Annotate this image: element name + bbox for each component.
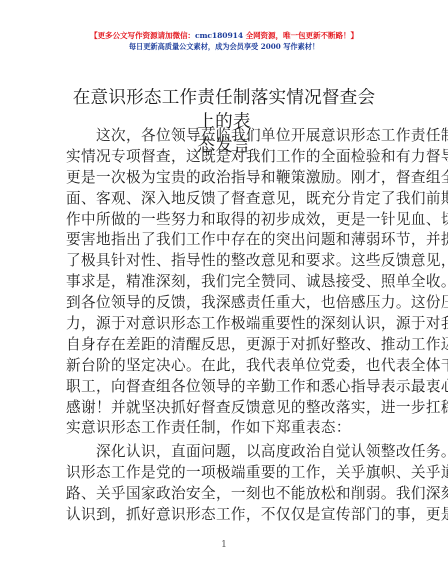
text-line: 认识到，抓好意识形态工作，不仅仅是宣传部门的事，更是我 bbox=[66, 505, 382, 526]
text-line: 职工，向督查组各位领导的辛勤工作和悉心指导表示最衷心的 bbox=[66, 377, 382, 398]
text-line: 力，源于对意识形态工作极端重要性的深刻认识，源于对我们 bbox=[66, 314, 382, 335]
text-line: 识形态工作是党的一项极端重要的工作，关乎旗帜、关乎道 bbox=[66, 463, 382, 484]
text-line: 路、关乎国家政治安全，一刻也不能放松和削弱。我们深刻地 bbox=[66, 484, 382, 505]
text-line: 新台阶的坚定决心。在此，我代表单位党委，也代表全体干部 bbox=[66, 356, 382, 377]
text-line: 这次，各位领导莅临我们单位开展意识形态工作责任制落 bbox=[66, 126, 382, 147]
wechat-id: cmc180914 bbox=[195, 31, 243, 40]
promo-banner-line1: 【更多公文写作资源请加微信：cmc180914 全网资源，唯一包更新不断路！】 bbox=[0, 30, 448, 41]
document-page: 【更多公文写作资源请加微信：cmc180914 全网资源，唯一包更新不断路！】 … bbox=[0, 0, 448, 580]
paragraph-1: 这次，各位领导莅临我们单位开展意识形态工作责任制落 实情况专项督查，这既是对我们… bbox=[66, 126, 382, 439]
text-line: 更是一次极为宝贵的政治指导和鞭策激励。刚才，督查组全 bbox=[66, 168, 382, 189]
promo-suffix: 全网资源，唯一包更新不断路！】 bbox=[243, 31, 358, 40]
text-line: 实意识形态工作责任制，作如下郑重表态： bbox=[66, 418, 382, 439]
text-line: 了极具针对性、指导性的整改意见和要求。这些反馈意见，实 bbox=[66, 251, 382, 272]
promo-prefix: 【更多公文写作资源请加微信： bbox=[90, 31, 195, 40]
text-line: 自身存在差距的清醒反思，更源于对抓好整改、推动工作迈上 bbox=[66, 335, 382, 356]
text-line: 要害地指出了我们工作中存在的突出问题和薄弱环节，并提出 bbox=[66, 230, 382, 251]
text-line: 深化认识，直面问题，以高度政治自觉认领整改任务。意 bbox=[66, 442, 382, 463]
paragraph-2: 深化认识，直面问题，以高度政治自觉认领整改任务。意 识形态工作是党的一项极端重要… bbox=[66, 442, 382, 526]
page-number: 1 bbox=[0, 540, 448, 550]
text-line: 面、客观、深入地反馈了督查意见，既充分肯定了我们前期工 bbox=[66, 189, 382, 210]
text-line: 实情况专项督查，这既是对我们工作的全面检验和有力督导， bbox=[66, 147, 382, 168]
text-line: 到各位领导的反馈，我深感责任重大，也倍感压力。这份压 bbox=[66, 293, 382, 314]
text-line: 感谢！并就坚决抓好督查反馈意见的整改落实，进一步扛稳压 bbox=[66, 398, 382, 419]
promo-banner-line2: 每日更新高质量公文素材，成为会员享受 2000 写作素材！ bbox=[0, 42, 448, 52]
text-line: 作中所做的一些努力和取得的初步成效，更是一针见血、切中 bbox=[66, 210, 382, 231]
text-line: 事求是，精准深刻，我们完全赞同、诚恳接受、照单全收。听 bbox=[66, 272, 382, 293]
